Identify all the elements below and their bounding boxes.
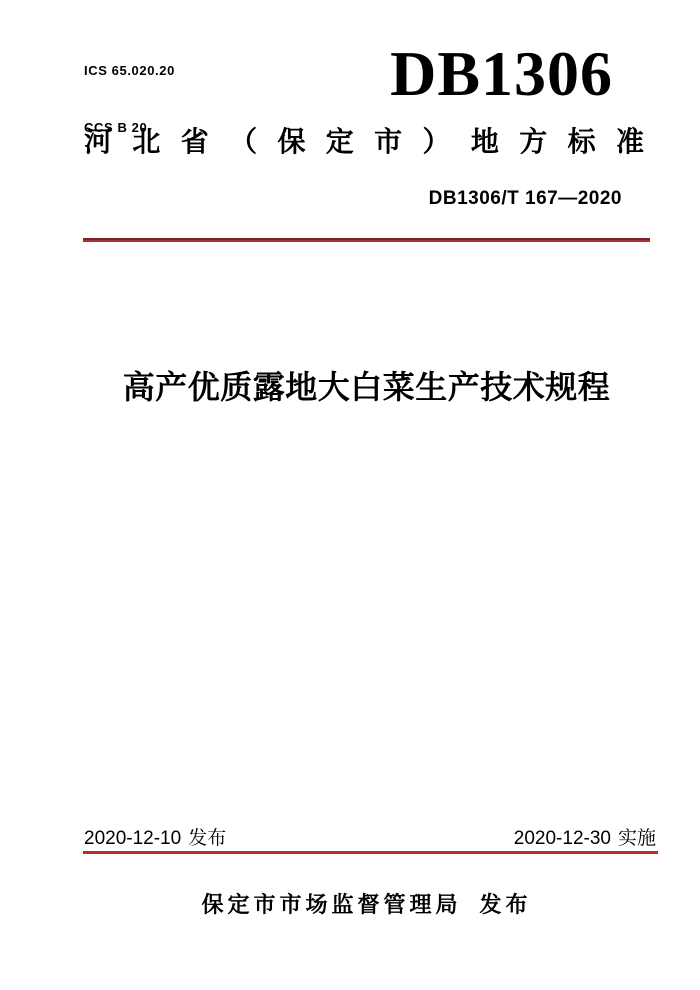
char: 方 bbox=[519, 126, 547, 158]
char: 市 bbox=[374, 126, 402, 158]
implement-label: 实施 bbox=[618, 828, 656, 850]
standard-cover-page: ICS 65.020.20 CCS B 20 DB1306 河北省（保定市）地方… bbox=[0, 0, 700, 990]
issue-date-group: 2020-12-10 发布 bbox=[84, 828, 226, 850]
publisher-name: 保定市市场监督管理局 bbox=[201, 892, 461, 918]
ics-code: ICS 65.020.20 bbox=[84, 61, 175, 80]
db-code: DB1306 bbox=[390, 42, 613, 106]
standard-type-name: 河北省（保定市）地方标准 bbox=[84, 126, 644, 158]
char: 准 bbox=[616, 126, 644, 158]
char: 河 bbox=[84, 126, 112, 158]
publish-label: 发布 bbox=[480, 892, 532, 918]
doc-number: DB1306/T 167—2020 bbox=[429, 189, 622, 210]
dates-row: 2020-12-10 发布 2020-12-30 实施 bbox=[84, 828, 656, 850]
char: 地 bbox=[471, 126, 499, 158]
issue-date: 2020-12-10 bbox=[84, 828, 181, 850]
header-rule bbox=[83, 238, 650, 242]
issue-label: 发布 bbox=[188, 828, 226, 850]
implement-date: 2020-12-30 bbox=[514, 828, 611, 850]
header-rule-main-line bbox=[83, 240, 650, 243]
char: 北 bbox=[132, 126, 160, 158]
char: 标 bbox=[568, 126, 596, 158]
char: 保 bbox=[277, 126, 305, 158]
char: 省 bbox=[181, 126, 209, 158]
standard-title: 高产优质露地大白菜生产技术规程 bbox=[83, 369, 650, 405]
footer-rule bbox=[83, 851, 658, 854]
publisher-row: 保定市市场监督管理局 发布 bbox=[83, 892, 650, 918]
char: ） bbox=[423, 126, 451, 158]
implement-date-group: 2020-12-30 实施 bbox=[514, 828, 656, 850]
char: 定 bbox=[326, 126, 354, 158]
char: （ bbox=[229, 126, 257, 158]
